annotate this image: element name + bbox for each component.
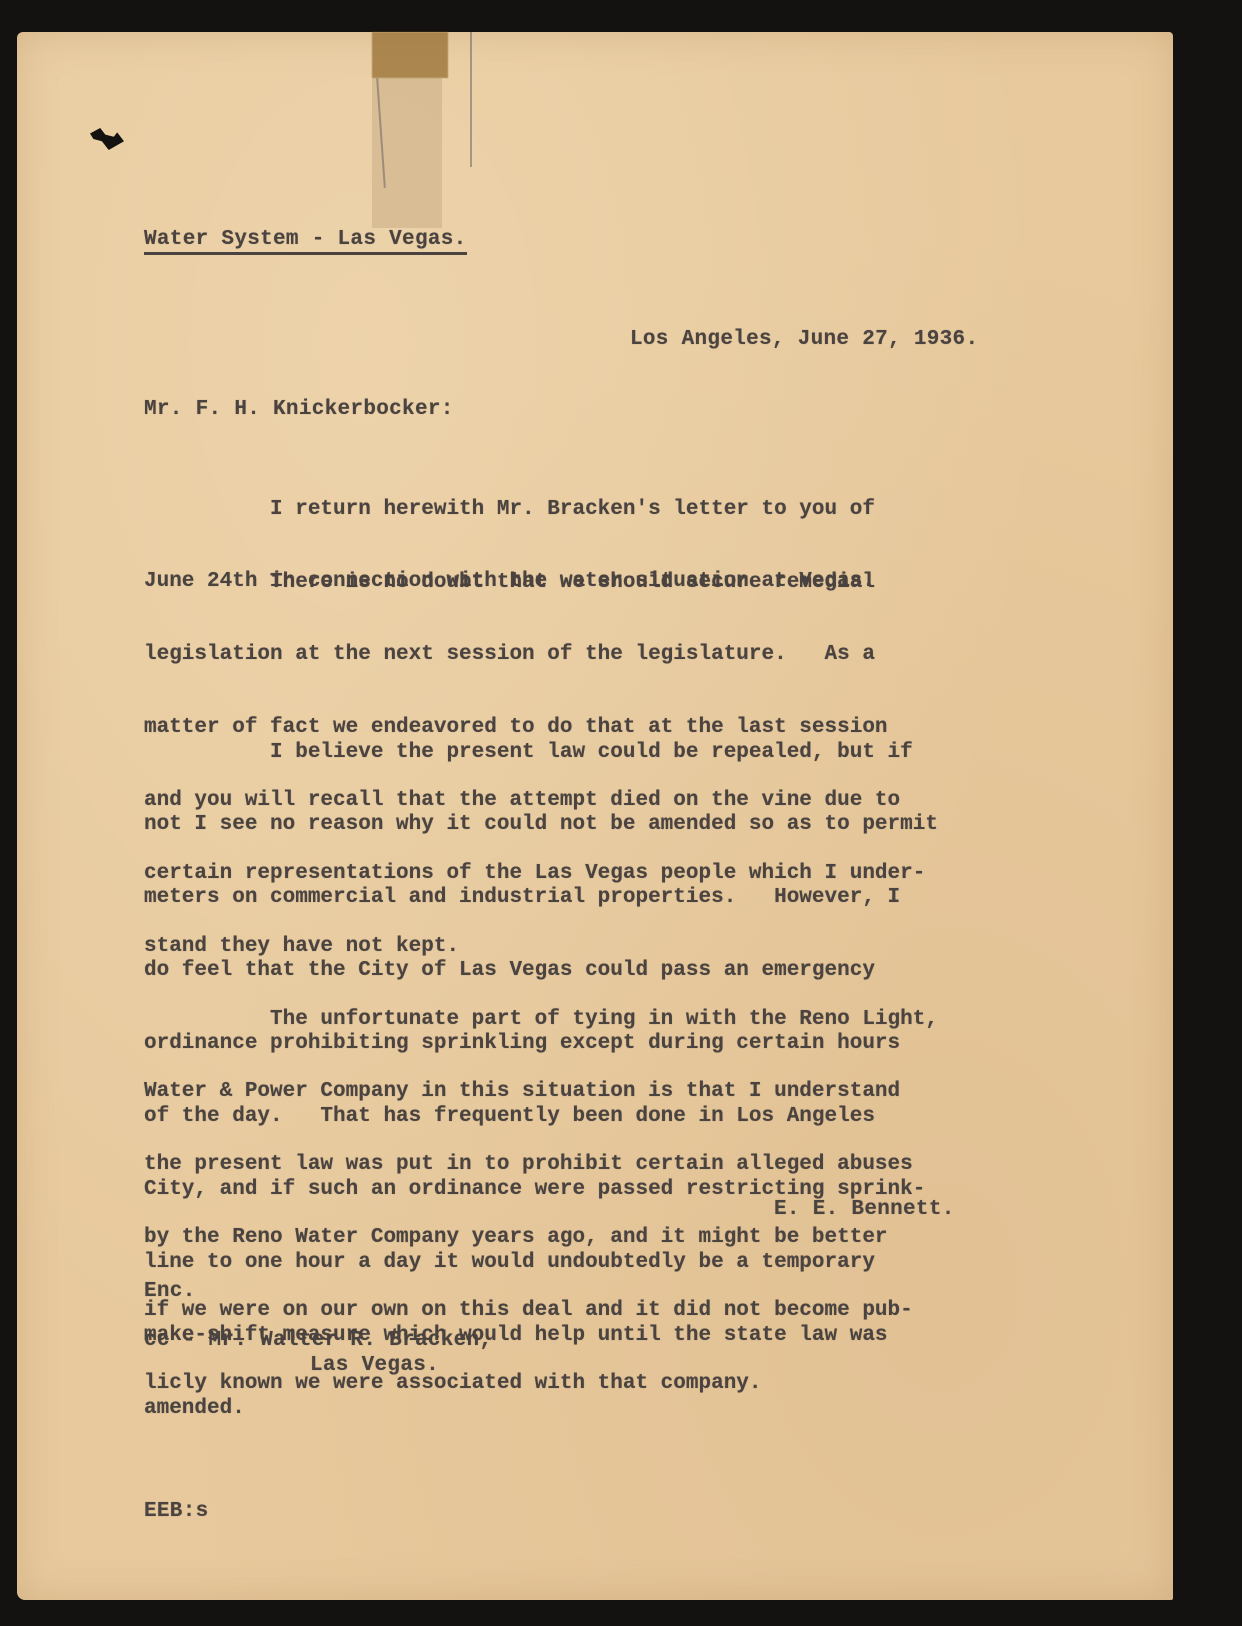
cc-location: Las Vegas. [310,1354,439,1377]
paragraph-line: The unfortunate part of tying in with th… [144,1008,938,1032]
cc-recipient: cc - Mr. Walter R. Bracken, [144,1329,492,1352]
paragraph-line: meters on commercial and industrial prop… [144,886,938,910]
paragraph-line: the present law was put in to prohibit c… [144,1153,938,1177]
salutation: Mr. F. H. Knickerbocker: [144,398,454,421]
paragraph-line: I believe the present law could be repea… [144,741,938,765]
paragraph-line: if we were on our own on this deal and i… [144,1299,938,1323]
enclosure-note: Enc. [144,1280,196,1303]
paragraph-line: Water & Power Company in this situation … [144,1080,938,1104]
paragraph-line: by the Reno Water Company years ago, and… [144,1226,938,1250]
paragraph-line: not I see no reason why it could not be … [144,813,938,837]
paragraph-line: licly known we were associated with that… [144,1372,938,1396]
paper-crease [470,32,472,167]
paragraph-line: I return herewith Mr. Bracken's letter t… [144,498,875,522]
tape-stain [372,32,448,78]
subject-line: Water System - Las Vegas. [144,228,467,255]
dateline: Los Angeles, June 27, 1936. [630,328,978,351]
paragraph-line: There is no doubt that we should secure … [144,571,925,595]
signature: E. E. Bennett. [774,1198,955,1221]
typist-initials: EEB:s [144,1500,209,1523]
paragraph-line: legislation at the next session of the l… [144,643,925,667]
